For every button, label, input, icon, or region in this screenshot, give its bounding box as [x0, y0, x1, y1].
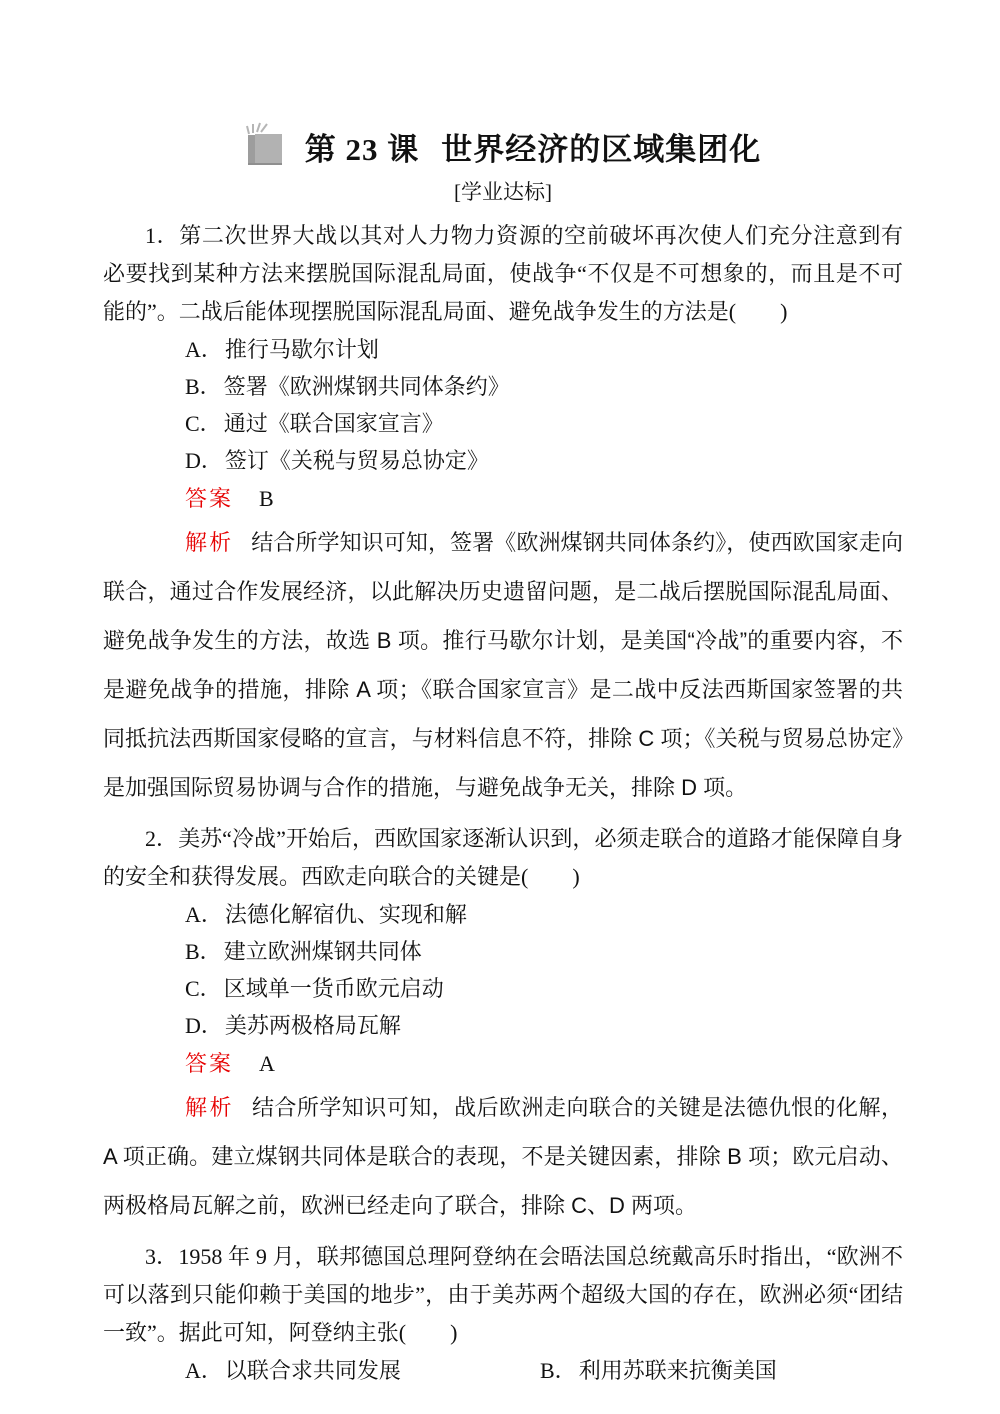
- analysis-label: 解析: [185, 530, 233, 555]
- option-a: A．推行马歇尔计划: [185, 331, 903, 368]
- option-b: B．建立欧洲煤钢共同体: [185, 933, 903, 970]
- question-number: 2．: [145, 826, 178, 851]
- question-3: 3．1958 年 9 月，联邦德国总理阿登纳在会晤法国总统戴高乐时指出，“欧洲不…: [103, 1238, 903, 1389]
- question-text: 美苏“冷战”开始后，西欧国家逐渐认识到，必须走联合的道路才能保障自身的安全和获得…: [103, 826, 903, 889]
- option-label: D．: [185, 448, 223, 473]
- option-d: D．美苏两极格局瓦解: [185, 1007, 903, 1044]
- option-label: C．: [185, 976, 222, 1001]
- page-title: 第 23 课世界经济的区域集团化: [305, 124, 762, 169]
- question-text: 第二次世界大战以其对人力物力资源的空前破坏再次使人们充分注意到有必要找到某种方法…: [103, 223, 903, 324]
- question-number: 3．: [145, 1244, 178, 1269]
- lesson-name: 世界经济的区域集团化: [441, 132, 761, 167]
- option-text: 推行马歇尔计划: [225, 337, 379, 362]
- option-b: B．签署《欧洲煤钢共同体条约》: [185, 368, 903, 405]
- answer-label: 答案: [185, 1051, 233, 1076]
- option-label: D．: [185, 1013, 223, 1038]
- option-text: 利用苏联来抗衡美国: [579, 1358, 777, 1383]
- section-label: [学业达标]: [103, 177, 903, 207]
- option-text: 建立欧洲煤钢共同体: [224, 939, 422, 964]
- option-label: B．: [185, 939, 222, 964]
- option-text: 以联合求共同发展: [225, 1358, 401, 1383]
- option-label: A．: [185, 902, 223, 927]
- question-stem: 3．1958 年 9 月，联邦德国总理阿登纳在会晤法国总统戴高乐时指出，“欧洲不…: [103, 1238, 903, 1352]
- option-list: A．法德化解宿仇、实现和解 B．建立欧洲煤钢共同体 C．区域单一货币欧元启动 D…: [103, 896, 903, 1044]
- option-b: B．利用苏联来抗衡美国: [540, 1352, 777, 1389]
- analysis: 解析结合所学知识可知，战后欧洲走向联合的关键是法德仇恨的化解，A 项正确。建立煤…: [103, 1083, 903, 1230]
- answer-label: 答案: [185, 486, 233, 511]
- option-label: B．: [185, 374, 222, 399]
- question-stem: 1．第二次世界大战以其对人力物力资源的空前破坏再次使人们充分注意到有必要找到某种…: [103, 217, 903, 331]
- option-text: 签署《欧洲煤钢共同体条约》: [224, 374, 510, 399]
- question-stem: 2．美苏“冷战”开始后，西欧国家逐渐认识到，必须走联合的道路才能保障自身的安全和…: [103, 820, 903, 896]
- answer-line: 答案A: [103, 1044, 903, 1083]
- option-list: A．以联合求共同发展 B．利用苏联来抗衡美国: [103, 1352, 903, 1389]
- option-d: D．签订《关税与贸易总协定》: [185, 442, 903, 479]
- option-text: 通过《联合国家宣言》: [224, 411, 444, 436]
- lesson-number: 第 23 课: [305, 132, 420, 167]
- answer-value: A: [259, 1051, 275, 1076]
- option-text: 法德化解宿仇、实现和解: [225, 902, 467, 927]
- option-list: A．推行马歇尔计划 B．签署《欧洲煤钢共同体条约》 C．通过《联合国家宣言》 D…: [103, 331, 903, 479]
- option-label: C．: [185, 411, 222, 436]
- option-c: C．通过《联合国家宣言》: [185, 405, 903, 442]
- question-2: 2．美苏“冷战”开始后，西欧国家逐渐认识到，必须走联合的道路才能保障自身的安全和…: [103, 820, 903, 1230]
- book-icon: [245, 122, 285, 171]
- option-label: A．: [185, 1358, 223, 1383]
- question-text: 1958 年 9 月，联邦德国总理阿登纳在会晤法国总统戴高乐时指出，“欧洲不可以…: [103, 1244, 903, 1345]
- option-text: 区域单一货币欧元启动: [224, 976, 444, 1001]
- option-c: C．区域单一货币欧元启动: [185, 970, 903, 1007]
- option-a: A．法德化解宿仇、实现和解: [185, 896, 903, 933]
- analysis: 解析结合所学知识可知，签署《欧洲煤钢共同体条约》，使西欧国家走向联合，通过合作发…: [103, 518, 903, 812]
- answer-line: 答案B: [103, 479, 903, 518]
- option-a: A．以联合求共同发展: [185, 1352, 540, 1389]
- option-text: 签订《关税与贸易总协定》: [225, 448, 489, 473]
- analysis-text: 结合所学知识可知，签署《欧洲煤钢共同体条约》，使西欧国家走向联合，通过合作发展经…: [103, 530, 903, 800]
- answer-value: B: [259, 486, 274, 511]
- page-header: 第 23 课世界经济的区域集团化: [103, 122, 903, 171]
- option-label: B．: [540, 1358, 577, 1383]
- option-text: 美苏两极格局瓦解: [225, 1013, 401, 1038]
- question-1: 1．第二次世界大战以其对人力物力资源的空前破坏再次使人们充分注意到有必要找到某种…: [103, 217, 903, 812]
- question-number: 1．: [145, 223, 179, 248]
- worksheet-page: 第 23 课世界经济的区域集团化 [学业达标] 1．第二次世界大战以其对人力物力…: [0, 0, 1000, 1414]
- analysis-label: 解析: [185, 1095, 234, 1120]
- option-label: A．: [185, 337, 223, 362]
